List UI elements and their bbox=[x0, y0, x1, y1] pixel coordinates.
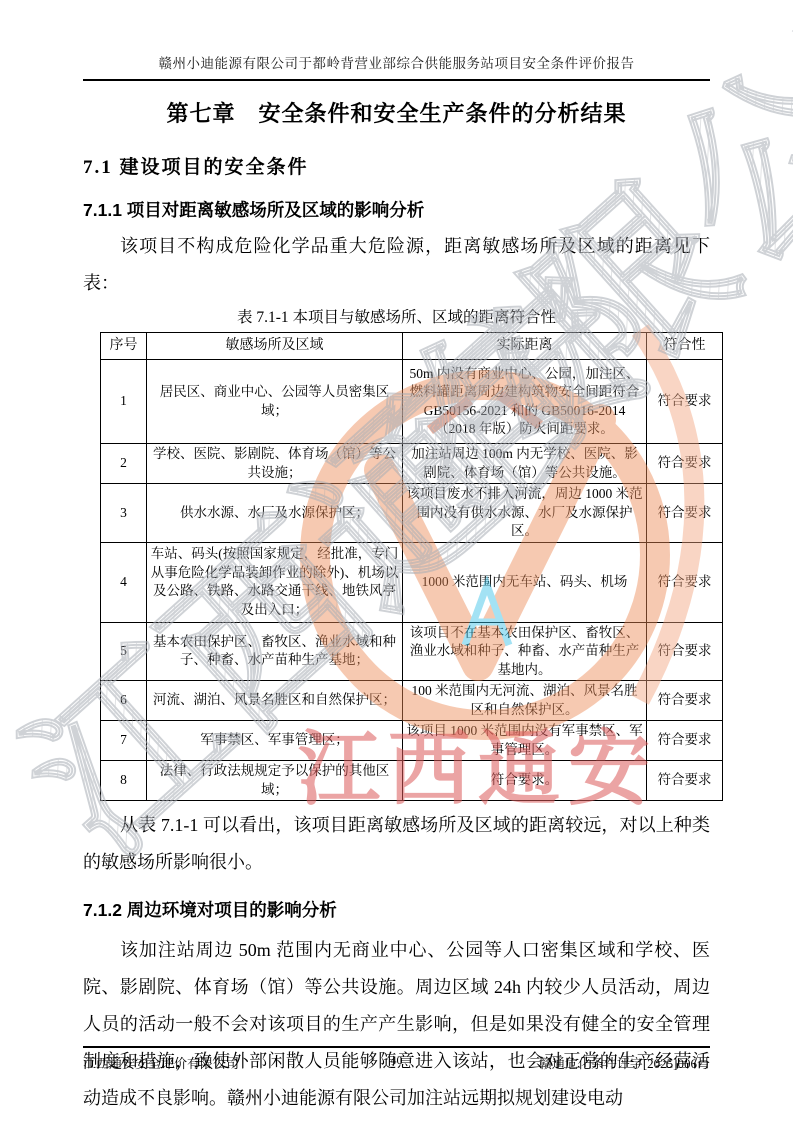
document-page: 赣州小迪能源有限公司于都岭背营业部综合供能服务站项目安全条件评价报告 第七章 安… bbox=[0, 0, 793, 1122]
col-header-compliance: 符合性 bbox=[647, 333, 723, 360]
header-divider bbox=[83, 79, 710, 81]
cell-compliance: 符合要求 bbox=[647, 681, 723, 721]
cell-compliance: 符合要求 bbox=[647, 761, 723, 801]
col-header-place: 敏感场所及区域 bbox=[147, 333, 403, 360]
cell-place: 车站、码头(按照国家规定，经批准，专门从事危险化学品装卸作业的除外)、机场以及公… bbox=[147, 542, 403, 622]
cell-distance: 该项目废水不排入河流，周边 1000 米范围内没有供水水源、水厂及水源保护区。 bbox=[403, 484, 647, 543]
table-row: 7 军事禁区、军事管理区； 该项目 1000 米范围内没有军事禁区、军事管理区。… bbox=[101, 721, 723, 761]
cell-place: 基本农田保护区、畜牧区、渔业水域和种子、种畜、水产苗种生产基地； bbox=[147, 622, 403, 681]
cell-index: 8 bbox=[101, 761, 147, 801]
cell-distance: 100 米范围内无河流、湖泊、风景名胜区和自然保护区。 bbox=[403, 681, 647, 721]
cell-index: 3 bbox=[101, 484, 147, 543]
cell-index: 4 bbox=[101, 542, 147, 622]
cell-compliance: 符合要求 bbox=[647, 542, 723, 622]
cell-distance: 该项目 1000 米范围内没有军事禁区、军事管理区。 bbox=[403, 721, 647, 761]
cell-index: 2 bbox=[101, 444, 147, 484]
table-row: 6 河流、湖泊、风景名胜区和自然保护区； 100 米范围内无河流、湖泊、风景名胜… bbox=[101, 681, 723, 721]
cell-compliance: 符合要求 bbox=[647, 484, 723, 543]
paragraph-distance-intro: 该项目不构成危险化学品重大危险源，距离敏感场所及区域的距离见下表： bbox=[83, 228, 710, 302]
page-number: 40 bbox=[391, 1053, 403, 1068]
cell-compliance: 符合要求 bbox=[647, 360, 723, 444]
cell-compliance: 符合要求 bbox=[647, 721, 723, 761]
chapter-title: 第七章 安全条件和安全生产条件的分析结果 bbox=[83, 97, 710, 128]
section-heading-7-1-2: 7.1.2 周边环境对项目的影响分析 bbox=[83, 897, 710, 922]
cell-index: 7 bbox=[101, 721, 147, 761]
cell-place: 居民区、商业中心、公园等人员密集区域； bbox=[147, 360, 403, 444]
page-content: 赣州小迪能源有限公司于都岭背营业部综合供能服务站项目安全条件评价报告 第七章 安… bbox=[0, 0, 793, 1122]
footer-company: 江西通安安全评价有限公司 bbox=[83, 1053, 239, 1072]
cell-distance: 50m 内没有商业中心、公园，加注区、燃料罐距离周边建构筑物安全间距符合 GB5… bbox=[403, 360, 647, 444]
cell-place: 学校、医院、影剧院、体育场（馆）等公共设施； bbox=[147, 444, 403, 484]
report-header-text: 赣州小迪能源有限公司于都岭背营业部综合供能服务站项目安全条件评价报告 bbox=[83, 52, 710, 72]
table-row: 2 学校、医院、影剧院、体育场（馆）等公共设施； 加注站周边 100m 内无学校… bbox=[101, 444, 723, 484]
cell-place: 供水水源、水厂及水源保护区； bbox=[147, 484, 403, 543]
table-caption: 表 7.1-1 本项目与敏感场所、区域的距离符合性 bbox=[83, 305, 710, 327]
table-row: 3 供水水源、水厂及水源保护区； 该项目废水不排入河流，周边 1000 米范围内… bbox=[101, 484, 723, 543]
table-row: 5 基本农田保护区、畜牧区、渔业水域和种子、种畜、水产苗种生产基地； 该项目不在… bbox=[101, 622, 723, 681]
section-heading-7-1-1: 7.1.1 项目对距离敏感场所及区域的影响分析 bbox=[83, 197, 710, 222]
paragraph-table-conclusion: 从表 7.1-1 可以看出，该项目距离敏感场所及区域的距离较远，对以上种类的敏感… bbox=[83, 807, 710, 881]
table-header-row: 序号 敏感场所及区域 实际距离 符合性 bbox=[101, 333, 723, 360]
cell-index: 1 bbox=[101, 360, 147, 444]
table-row: 8 法律、行政法规规定予以保护的其他区域； 符合要求。 符合要求 bbox=[101, 761, 723, 801]
page-footer: 江西通安安全评价有限公司 40 赣通危化条件评字[2025]006号 bbox=[83, 1046, 710, 1074]
footer-doc-number: 赣通危化条件评字[2025]006号 bbox=[539, 1053, 710, 1072]
cell-index: 5 bbox=[101, 622, 147, 681]
cell-place: 河流、湖泊、风景名胜区和自然保护区； bbox=[147, 681, 403, 721]
cell-distance: 1000 米范围内无车站、码头、机场 bbox=[403, 542, 647, 622]
cell-compliance: 符合要求 bbox=[647, 622, 723, 681]
table-row: 1 居民区、商业中心、公园等人员密集区域； 50m 内没有商业中心、公园，加注区… bbox=[101, 360, 723, 444]
table-row: 4 车站、码头(按照国家规定，经批准，专门从事危险化学品装卸作业的除外)、机场以… bbox=[101, 542, 723, 622]
cell-index: 6 bbox=[101, 681, 147, 721]
section-heading-7-1: 7.1 建设项目的安全条件 bbox=[83, 152, 710, 179]
cell-place: 法律、行政法规规定予以保护的其他区域； bbox=[147, 761, 403, 801]
cell-distance: 该项目不在基本农田保护区、畜牧区、渔业水域和种子、种畜、水产苗种生产基地内。 bbox=[403, 622, 647, 681]
col-header-index: 序号 bbox=[101, 333, 147, 360]
sensitivity-distance-table: 序号 敏感场所及区域 实际距离 符合性 1 居民区、商业中心、公园等人员密集区域… bbox=[100, 332, 723, 801]
cell-compliance: 符合要求 bbox=[647, 444, 723, 484]
cell-distance: 加注站周边 100m 内无学校、医院、影剧院、体育场（馆）等公共设施。 bbox=[403, 444, 647, 484]
cell-place: 军事禁区、军事管理区； bbox=[147, 721, 403, 761]
paragraph-surroundings: 该加注站周边 50m 范围内无商业中心、公园等人口密集区域和学校、医院、影剧院、… bbox=[83, 932, 710, 1117]
col-header-distance: 实际距离 bbox=[403, 333, 647, 360]
cell-distance: 符合要求。 bbox=[403, 761, 647, 801]
